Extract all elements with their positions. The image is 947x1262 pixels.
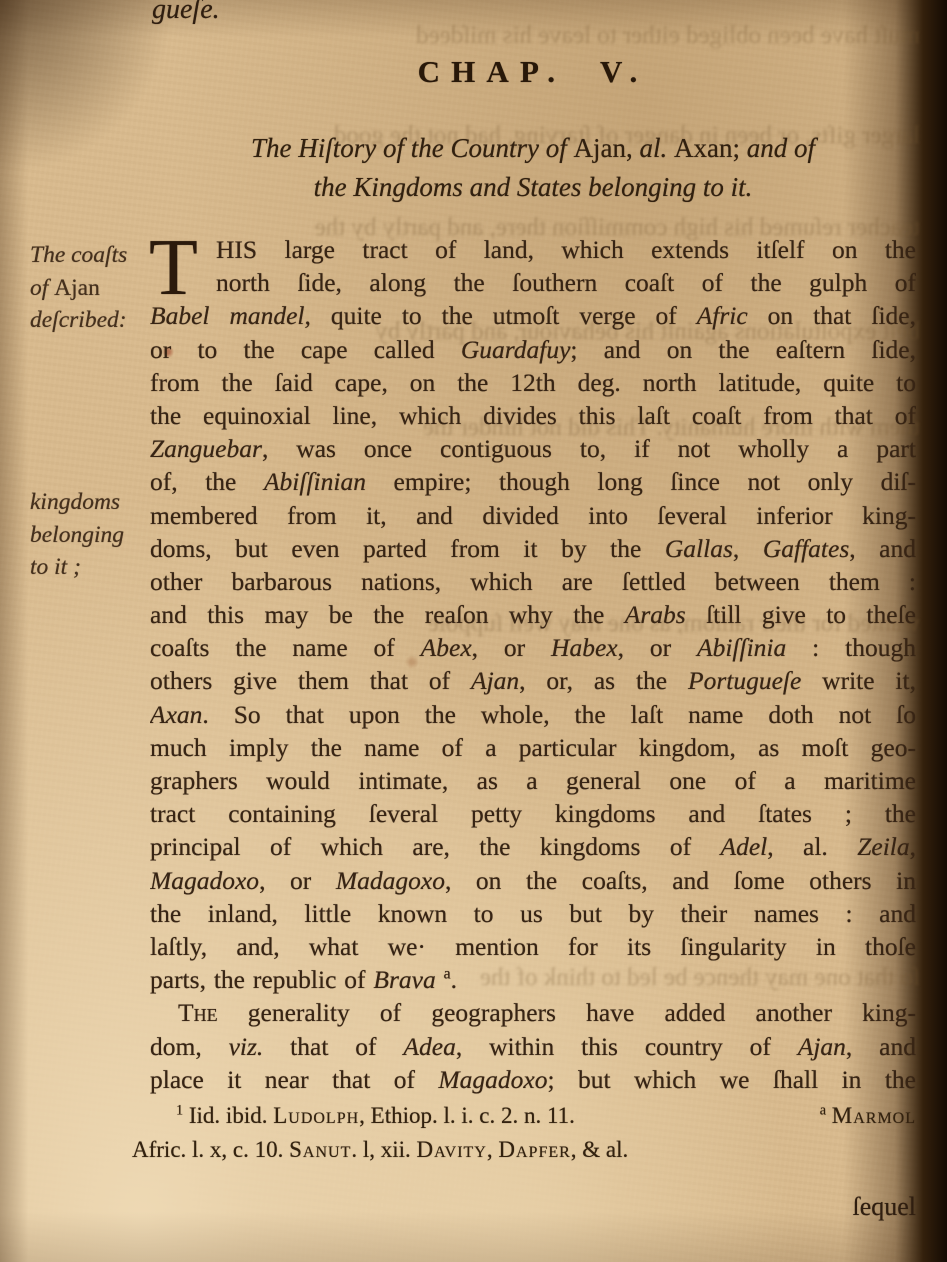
body-line: north ſide, along the ſouthern coaſt of …: [150, 266, 916, 299]
body-line: principal of which are, the kingdoms of …: [150, 830, 916, 863]
body-line: much imply the name of a particular king…: [150, 731, 916, 764]
body-line: Babel mandel, quite to the utmoſt verge …: [150, 299, 916, 332]
body-line: laſtly, and, what we· mention for its ſi…: [150, 930, 916, 963]
body-line: other barbarous nations, which are ſettl…: [150, 565, 916, 598]
chapter-title-line: The Hiſtory of the Country of Ajan, al. …: [150, 129, 916, 168]
body-line: others give them that of Ajan, or, as th…: [150, 664, 916, 697]
footnote-1-text: 1 Iid. ibid. Ludolph, Ethiop. l. i. c. 2…: [176, 1099, 575, 1133]
footnote-line-2: Afric. l. x, c. 10. Sanut. l, xii. Davit…: [132, 1133, 916, 1167]
footnote-a-text: a Marmol: [820, 1099, 916, 1133]
footnotes: 1 Iid. ibid. Ludolph, Ethiop. l. i. c. 2…: [150, 1099, 916, 1167]
body-line: doms, but even parted from it by the Gal…: [150, 532, 916, 565]
margin-note-line: of Ajan: [30, 272, 158, 305]
body-line: Axan. So that upon the whole, the laſt n…: [150, 698, 916, 731]
chapter-title-line: the Kingdoms and States belonging to it.: [150, 168, 916, 207]
body-line: Magadoxo, or Madagoxo, on the coaſts, an…: [150, 864, 916, 897]
body-line: of, the Abiſſinian empire; though long ſ…: [150, 465, 916, 498]
margin-note: kingdomsbelongingto it ;: [30, 486, 158, 584]
body-line: The generality of geographers have added…: [150, 996, 916, 1029]
body-line: parts, the republic of Brava a.: [150, 963, 916, 996]
page-content: gueſe. CHAP. V. The Hiſtory of the Count…: [0, 0, 947, 1262]
body-line: the inland, little known to us but by th…: [150, 897, 916, 930]
body-line: place it near that of Magadoxo; but whic…: [150, 1063, 916, 1096]
body-line: coaſts the name of Abex, or Habex, or Ab…: [150, 631, 916, 664]
body-text: T HIS large tract of land, which extends…: [150, 233, 916, 1096]
chapter-title: The Hiſtory of the Country of Ajan, al. …: [150, 129, 916, 206]
body-line: the equinoxial line, which divides this …: [150, 399, 916, 432]
chapter-heading: CHAP. V.: [150, 54, 916, 90]
margin-note: The coaſtsof Ajandeſcribed:: [30, 239, 158, 337]
margin-note-line: belonging: [30, 519, 158, 552]
body-line: Zanguebar, was once contiguous to, if no…: [150, 432, 916, 465]
catchword: ſequel: [0, 1192, 916, 1222]
margin-note-line: The coaſts: [30, 239, 158, 272]
body-line: and this may be the reaſon why the Arabs…: [150, 598, 916, 631]
body-line: dom, viz. that of Adea, within this coun…: [150, 1030, 916, 1063]
margin-note-line: kingdoms: [30, 486, 158, 519]
footnote-line-1: 1 Iid. ibid. Ludolph, Ethiop. l. i. c. 2…: [150, 1099, 916, 1133]
margin-note-line: to it ;: [30, 551, 158, 584]
book-page: muſt have been obliged either to leave h…: [0, 0, 947, 1262]
margin-note-line: deſcribed:: [30, 304, 158, 337]
prev-page-word-fragment: gueſe.: [152, 0, 220, 26]
body-line: or to the cape called Guardafuy; and on …: [150, 333, 916, 366]
drop-cap: T: [149, 237, 198, 299]
body-line: from the ſaid cape, on the 12th deg. nor…: [150, 366, 916, 399]
body-line: HIS large tract of land, which extends i…: [150, 233, 916, 266]
body-line: membered from it, and divided into ſever…: [150, 499, 916, 532]
body-line: graphers would intimate, as a general on…: [150, 764, 916, 797]
body-line: tract containing ſeveral petty kingdoms …: [150, 797, 916, 830]
